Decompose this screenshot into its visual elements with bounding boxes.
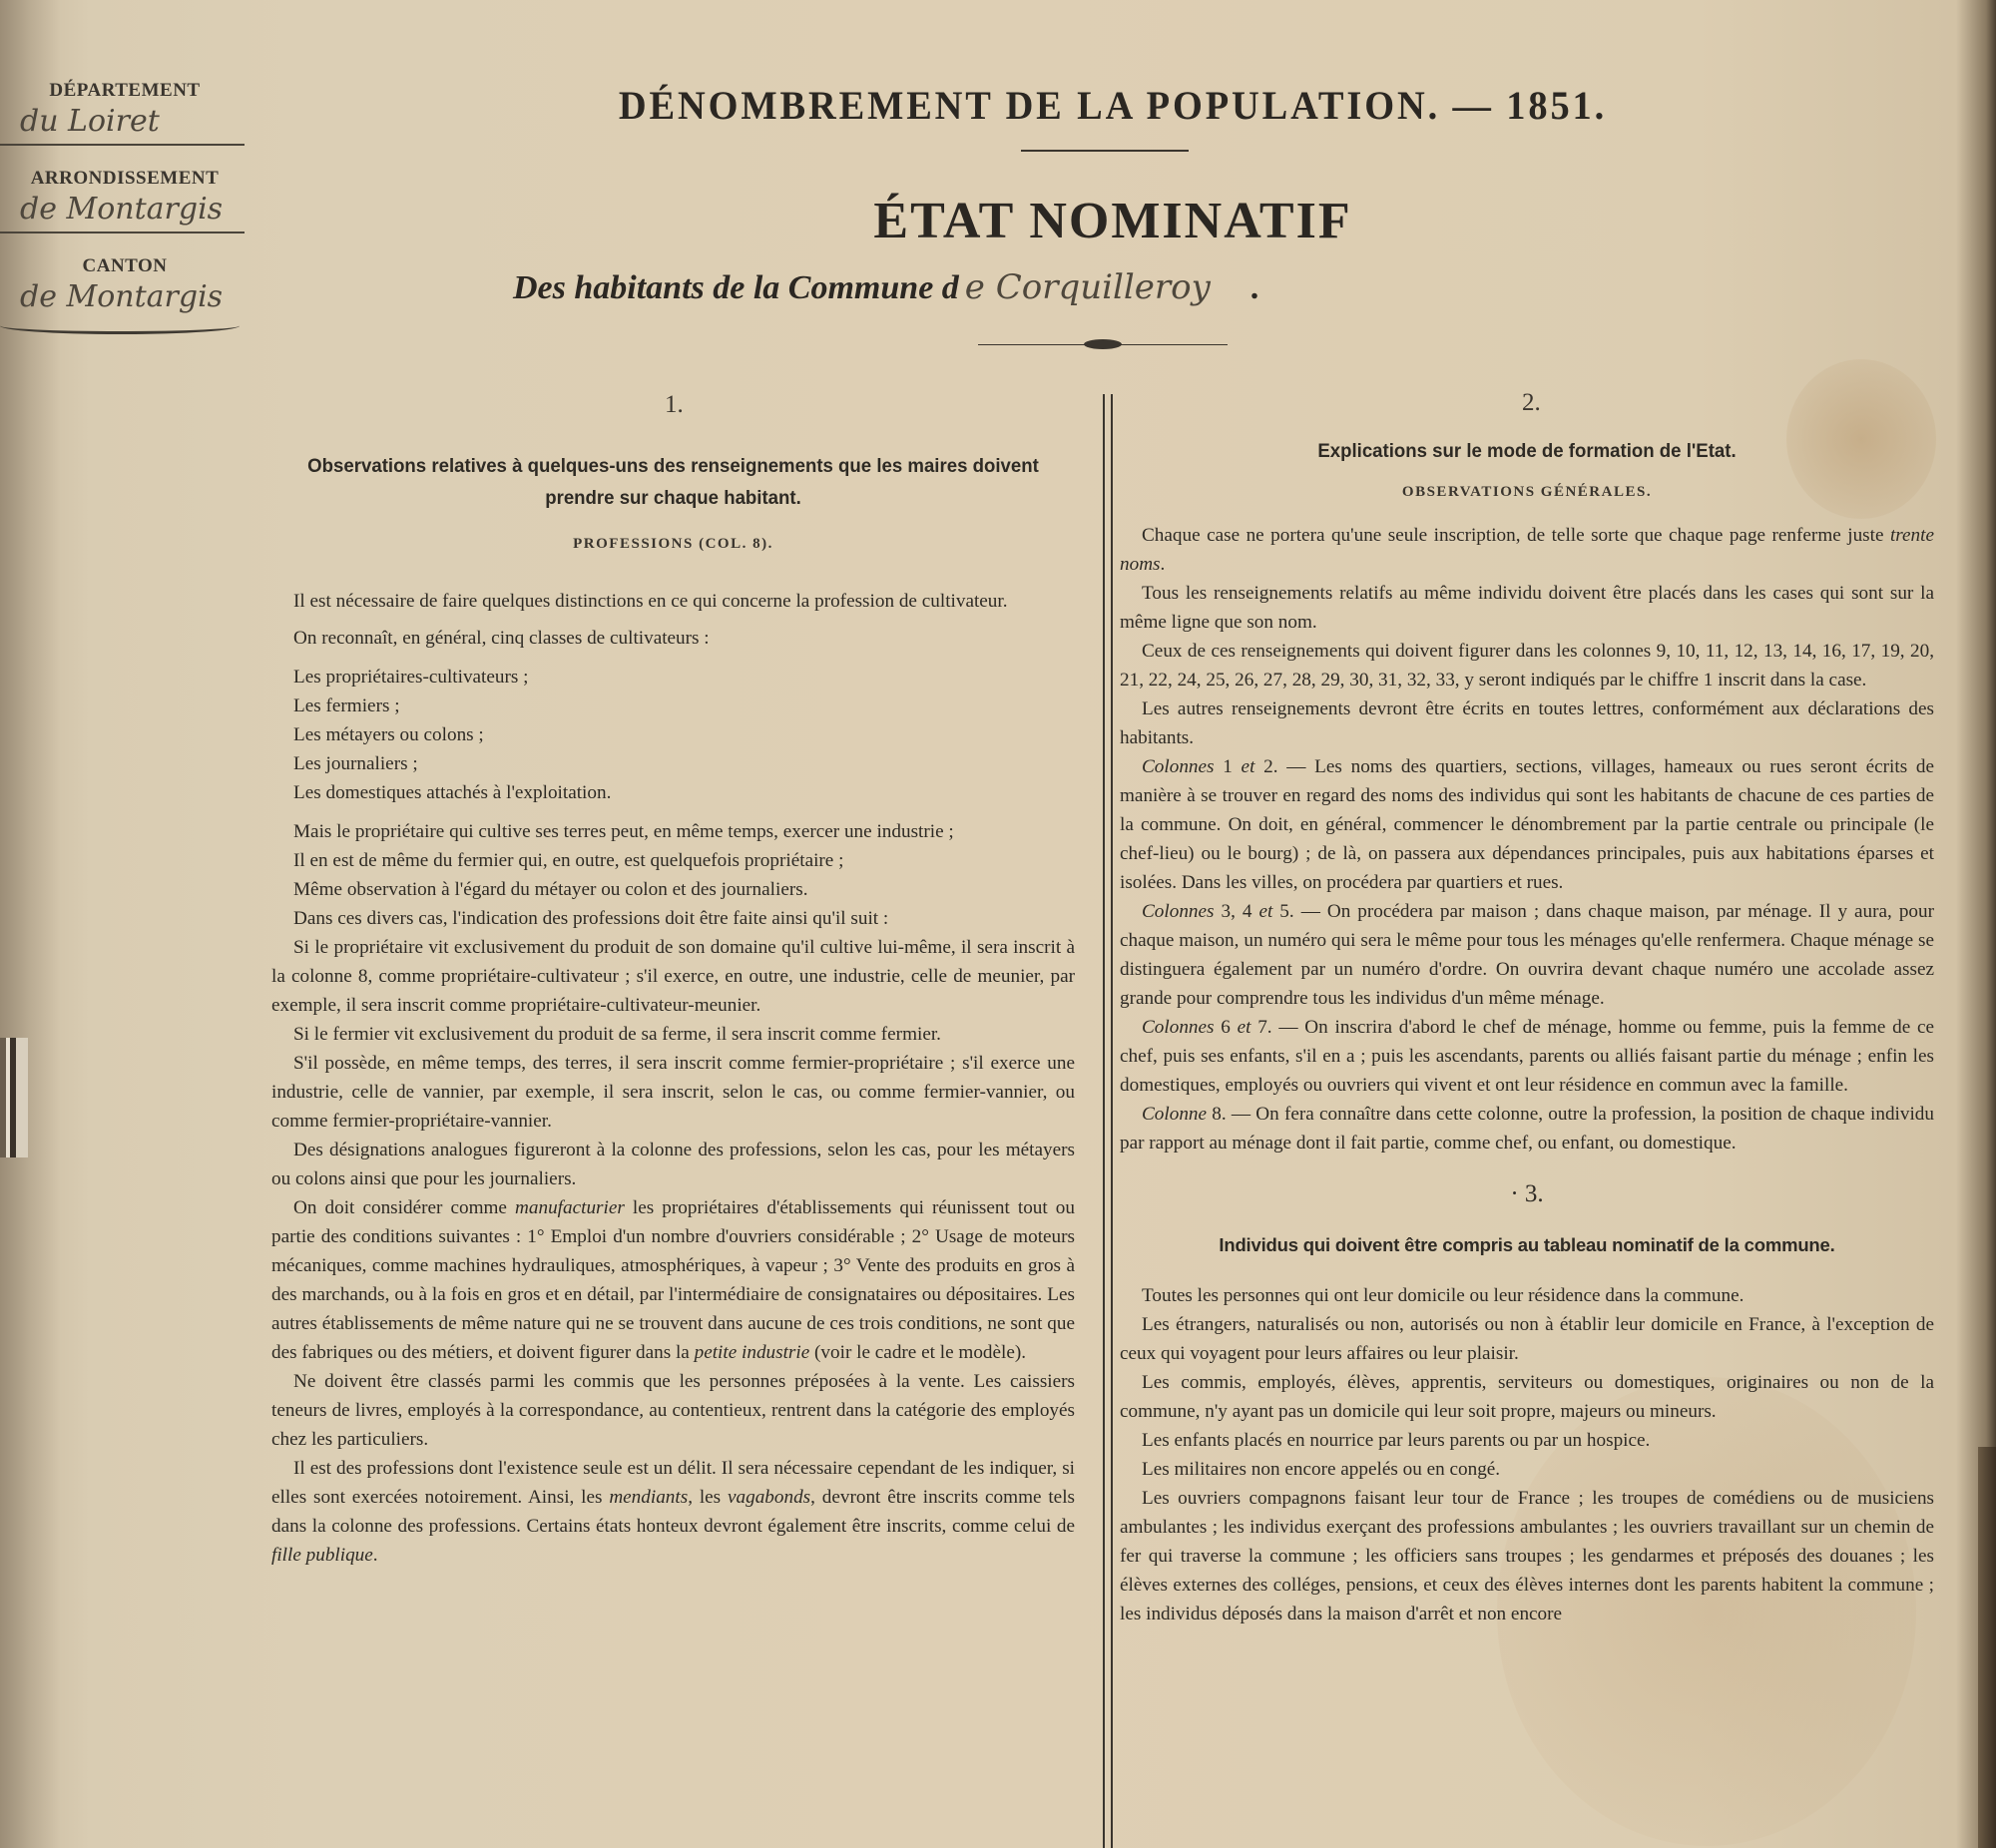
list-item: Toutes les personnes qui ont leur domici…	[1120, 1281, 1934, 1310]
paragraph: Les autres renseignements devront être é…	[1120, 694, 1934, 752]
paragraph: Ceux de ces renseignements qui doivent f…	[1120, 637, 1934, 694]
binding-strip	[0, 1038, 28, 1157]
section-1-number: 1.	[665, 391, 684, 419]
list-item: Les domestiques attachés à l'exploitatio…	[293, 778, 1075, 807]
paragraph: Si le fermier vit exclusivement du produ…	[271, 1020, 1075, 1049]
commune-line-text: Des habitants de la Commune d	[513, 269, 959, 306]
canton-value: de Montargis	[0, 277, 249, 317]
paragraph-delit: Il est des professions dont l'existence …	[271, 1454, 1075, 1570]
paragraph: Même observation à l'égard du métayer ou…	[271, 875, 1075, 904]
arrondissement-value: de Montargis	[0, 190, 249, 230]
paragraph-manufacturier: On doit considérer comme manufacturier l…	[271, 1193, 1075, 1367]
title-rule	[1021, 150, 1189, 152]
ornamental-rule	[0, 317, 240, 334]
admin-block: DÉPARTEMENT du Loiret ARRONDISSEMENT de …	[0, 80, 249, 344]
paragraph-colonnes-1-2: Colonnes 1 et 2. — Les noms des quartier…	[1120, 752, 1934, 897]
canton-label: CANTON	[0, 255, 249, 277]
commune-line: Des habitants de la Commune de Corquille…	[513, 267, 1258, 307]
paragraph-colonne-8: Colonne 8. — On fera connaître dans cett…	[1120, 1100, 1934, 1157]
paragraph: Il est nécessaire de faire quelques dist…	[271, 587, 1075, 616]
departement-value: du Loiret	[0, 102, 249, 142]
commune-value: e Corquilleroy	[965, 267, 1211, 307]
paragraph: Des désignations analogues figureront à …	[271, 1136, 1075, 1193]
list-item: Les commis, employés, élèves, apprentis,…	[1120, 1368, 1934, 1426]
paragraph: Ne doivent être classés parmi les commis…	[271, 1367, 1075, 1454]
section-2-heading: Explications sur le mode de formation de…	[1128, 436, 1926, 468]
paragraph: S'il possède, en même temps, des terres,…	[271, 1049, 1075, 1136]
document-title: DÉNOMBREMENT DE LA POPULATION. — 1851.	[572, 82, 1655, 129]
section-1-subheading: PROFESSIONS (COL. 8).	[271, 530, 1075, 559]
list-item: Les ouvriers compagnons faisant leur tou…	[1120, 1484, 1934, 1628]
divider	[0, 144, 245, 146]
section-3-number: · 3.	[1120, 1179, 1934, 1208]
section-2: Explications sur le mode de formation de…	[1120, 436, 1934, 1628]
paragraph: Tous les renseignements relatifs au même…	[1120, 579, 1934, 637]
paragraph: Chaque case ne portera qu'une seule insc…	[1120, 521, 1934, 579]
list-item: Les journaliers ;	[293, 749, 1075, 778]
list-item: Les fermiers ;	[293, 692, 1075, 720]
divider	[0, 231, 245, 233]
arrondissement-label: ARRONDISSEMENT	[0, 168, 249, 190]
section-1-heading: Observations relatives à quelques-uns de…	[279, 451, 1067, 515]
list-item: Les métayers ou colons ;	[293, 720, 1075, 749]
list-item: Les militaires non encore appelés ou en …	[1120, 1455, 1934, 1484]
classes-list: Les propriétaires-cultivateurs ; Les fer…	[293, 663, 1075, 807]
section-2-subheading: OBSERVATIONS GÉNÉRALES.	[1120, 478, 1934, 507]
section-1: Observations relatives à quelques-uns de…	[271, 451, 1075, 1570]
commune-line-end: .	[1250, 269, 1259, 306]
paragraph: Mais le propriétaire qui cultive ses ter…	[271, 817, 1075, 846]
paragraph: Il en est de même du fermier qui, en out…	[271, 846, 1075, 875]
list-item: Les enfants placés en nourrice par leurs…	[1120, 1426, 1934, 1455]
paragraph: Dans ces divers cas, l'indication des pr…	[271, 904, 1075, 933]
paragraph-colonnes-3-4-5: Colonnes 3, 4 et 5. — On procédera par m…	[1120, 897, 1934, 1013]
document-subtitle: ÉTAT NOMINATIF	[599, 192, 1627, 250]
paragraph-colonnes-6-7: Colonnes 6 et 7. — On inscrira d'abord l…	[1120, 1013, 1934, 1100]
section-3-heading: Individus qui doivent être compris au ta…	[1120, 1230, 1934, 1259]
paragraph: Si le propriétaire vit exclusivement du …	[271, 933, 1075, 1020]
departement-label: DÉPARTEMENT	[0, 80, 249, 102]
section-2-number: 2.	[1522, 389, 1541, 417]
paragraph: On reconnaît, en général, cinq classes d…	[271, 624, 1075, 653]
page-edge	[1978, 1447, 1996, 1848]
list-item: Les propriétaires-cultivateurs ;	[293, 663, 1075, 692]
list-item: Les étrangers, naturalisés ou non, autor…	[1120, 1310, 1934, 1368]
ornament-icon	[978, 342, 1228, 348]
column-divider	[1103, 394, 1113, 1848]
